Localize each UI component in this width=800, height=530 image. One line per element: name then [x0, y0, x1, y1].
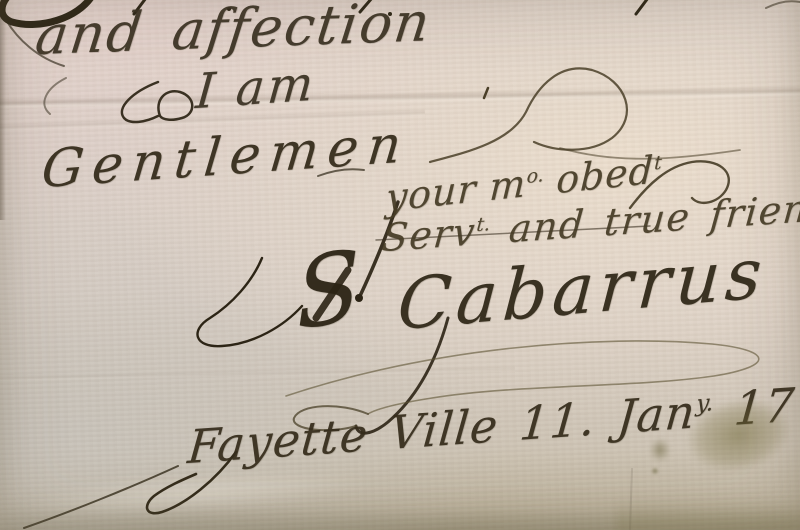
loop-flourish-above-compliment [430, 68, 740, 162]
line-i-am: I am [194, 55, 319, 120]
compliment1-superscript-o: o. [526, 164, 544, 188]
paper-edge-shadow [0, 0, 6, 220]
ink-speck [650, 466, 660, 476]
line-and-affection: and affection [32, 0, 435, 67]
compliment2-pre: Serv [380, 209, 478, 260]
crease-line [0, 365, 515, 381]
compliment1-mid: obed [542, 148, 655, 204]
compliment1-superscript-t: t [654, 152, 663, 175]
dateline-place-day: Fayette Ville 11. Jan [186, 384, 698, 474]
manuscript-letter-photo: and affection I am Gentlemen your mo. ob… [0, 0, 800, 530]
ink-smudge-band [616, 500, 800, 530]
signature-initial: S [294, 228, 363, 352]
dateline-year: 17 [710, 377, 797, 437]
line-salutation-gentlemen: Gentlemen [39, 114, 413, 200]
crease-line [629, 468, 633, 530]
i-am-lead-flourish [122, 82, 192, 122]
line-dateline-fayetteville: Fayette Ville 11. Jany. 17 [186, 377, 798, 474]
crease-line [0, 85, 800, 109]
